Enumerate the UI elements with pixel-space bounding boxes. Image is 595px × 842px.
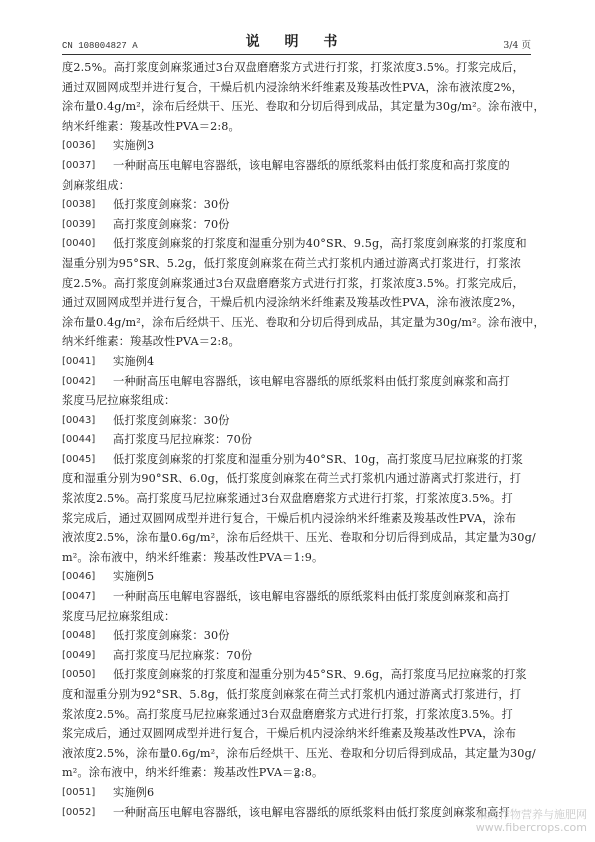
page-number: 5 bbox=[294, 770, 300, 781]
numbered-paragraph: [0049]高打浆度马尼拉麻浆：70份 bbox=[62, 646, 534, 666]
text-line: 一种耐高压电解电容器纸，该电解电容器纸的原纸浆料由低打浆度和高打浆度的 bbox=[62, 156, 534, 176]
text-line: 纳米纤维素：羧基改性PVA＝2:8。 bbox=[62, 117, 534, 137]
text-line: 浆完成后，通过双圆网成型并进行复合，干燥后机内浸涂纳米纤维素及羧基改性PVA，涂… bbox=[62, 509, 534, 529]
numbered-paragraph: [0036]实施例3 bbox=[62, 136, 534, 156]
text-line: 低打浆度剑麻浆：30份 bbox=[62, 411, 534, 431]
text-line: 湿重分别为95°SR、5.2g，低打浆度剑麻浆在荷兰式打浆机内通过游离式打浆进行… bbox=[62, 254, 534, 274]
text-line: 涂布量0.4g/m²，涂布后经烘干、压光、卷取和分切后得到成品，其定量为30g/… bbox=[62, 313, 534, 333]
text-line: 浆浓度2.5%。高打浆度马尼拉麻浆通过3台双盘磨磨浆方式进行打浆，打浆浓度3.5… bbox=[62, 489, 534, 509]
paragraph-number: [0036] bbox=[62, 136, 95, 156]
text-line: m²。涂布液中，纳米纤维素：羧基改性PVA＝1:9。 bbox=[62, 548, 534, 568]
paragraph-number: [0038] bbox=[62, 195, 95, 215]
text-line: 低打浆度剑麻浆的打浆度和湿重分别为40°SR、10g，高打浆度马尼拉麻浆的打浆 bbox=[62, 450, 534, 470]
text-line: 度和湿重分别为90°SR、6.0g，低打浆度剑麻浆在荷兰式打浆机内通过游离式打浆… bbox=[62, 469, 534, 489]
text-line: 液浓度2.5%，涂布量0.6g/m²，涂布后经烘干、压光、卷取和分切后得到成品，… bbox=[62, 528, 534, 548]
numbered-paragraph: [0044]高打浆度马尼拉麻浆：70份 bbox=[62, 430, 534, 450]
text-line: 实施例5 bbox=[62, 567, 534, 587]
numbered-paragraph: [0040]低打浆度剑麻浆的打浆度和湿重分别为40°SR、9.5g，高打浆度剑麻… bbox=[62, 234, 534, 352]
paragraph-number: [0040] bbox=[62, 234, 95, 254]
document-title: 说 明 书 bbox=[62, 31, 531, 51]
paragraph-number: [0041] bbox=[62, 352, 95, 372]
paragraph-number: [0042] bbox=[62, 372, 95, 392]
text-line: 高打浆度马尼拉麻浆：70份 bbox=[62, 430, 534, 450]
watermark: 麻类作物营养与施肥网 www.fibercrops.com bbox=[476, 808, 587, 834]
text-line: 浆浓度2.5%。高打浆度马尼拉麻浆通过3台双盘磨磨浆方式进行打浆，打浆浓度3.5… bbox=[62, 705, 534, 725]
numbered-paragraph: [0048]低打浆度剑麻浆：30份 bbox=[62, 626, 534, 646]
numbered-paragraph: [0046]实施例5 bbox=[62, 567, 534, 587]
text-line: 实施例6 bbox=[62, 783, 534, 803]
text-line: 实施例3 bbox=[62, 136, 534, 156]
watermark-url: www.fibercrops.com bbox=[476, 821, 587, 834]
text-line: 度和湿重分别为92°SR、5.8g，低打浆度剑麻浆在荷兰式打浆机内通过游离式打浆… bbox=[62, 685, 534, 705]
text-line: 浆度马尼拉麻浆组成： bbox=[62, 607, 534, 627]
text-line: 一种耐高压电解电容器纸，该电解电容器纸的原纸浆料由低打浆度剑麻浆和高打 bbox=[62, 803, 534, 823]
text-line: 高打浆度剑麻浆：70份 bbox=[62, 215, 534, 235]
text-line: 液浓度2.5%，涂布量0.6g/m²，涂布后经烘干、压光、卷取和分切后得到成品，… bbox=[62, 744, 534, 764]
text-line: 高打浆度马尼拉麻浆：70份 bbox=[62, 646, 534, 666]
text-line: 低打浆度剑麻浆的打浆度和湿重分别为40°SR、9.5g，高打浆度剑麻浆的打浆度和 bbox=[62, 234, 534, 254]
page-header: CN 108004827 A 说 明 书 3/4 页 bbox=[62, 32, 531, 55]
paragraph-number: [0045] bbox=[62, 450, 95, 470]
numbered-paragraph: [0037]一种耐高压电解电容器纸，该电解电容器纸的原纸浆料由低打浆度和高打浆度… bbox=[62, 156, 534, 195]
text-line: 度2.5%。高打浆度剑麻浆通过3台双盘磨磨浆方式进行打浆，打浆浓度3.5%。打浆… bbox=[62, 58, 534, 78]
paragraph-number: [0037] bbox=[62, 156, 95, 176]
text-line: 一种耐高压电解电容器纸，该电解电容器纸的原纸浆料由低打浆度剑麻浆和高打 bbox=[62, 587, 534, 607]
page-fraction: 3/4 页 bbox=[503, 37, 531, 51]
text-line: 通过双圆网成型并进行复合，干燥后机内浸涂纳米纤维素及羧基改性PVA，涂布液浓度2… bbox=[62, 293, 534, 313]
text-line: 剑麻浆组成： bbox=[62, 176, 534, 196]
text-line: 实施例4 bbox=[62, 352, 534, 372]
paragraph-number: [0046] bbox=[62, 567, 95, 587]
text-line: 度2.5%。高打浆度剑麻浆通过3台双盘磨磨浆方式进行打浆，打浆浓度3.5%。打浆… bbox=[62, 274, 534, 294]
text-line: 一种耐高压电解电容器纸，该电解电容器纸的原纸浆料由低打浆度剑麻浆和高打 bbox=[62, 372, 534, 392]
numbered-paragraph: [0052]一种耐高压电解电容器纸，该电解电容器纸的原纸浆料由低打浆度剑麻浆和高… bbox=[62, 803, 534, 823]
numbered-paragraph: [0038]低打浆度剑麻浆：30份 bbox=[62, 195, 534, 215]
numbered-paragraph: [0039]高打浆度剑麻浆：70份 bbox=[62, 215, 534, 235]
text-line: 通过双圆网成型并进行复合，干燥后机内浸涂纳米纤维素及羧基改性PVA，涂布液浓度2… bbox=[62, 78, 534, 98]
paragraph-number: [0051] bbox=[62, 783, 95, 803]
paragraph-number: [0043] bbox=[62, 411, 95, 431]
document-body: 度2.5%。高打浆度剑麻浆通过3台双盘磨磨浆方式进行打浆，打浆浓度3.5%。打浆… bbox=[62, 58, 534, 822]
paragraph-number: [0049] bbox=[62, 646, 95, 666]
paragraph-number: [0047] bbox=[62, 587, 95, 607]
numbered-paragraph: [0041]实施例4 bbox=[62, 352, 534, 372]
text-line: 浆度马尼拉麻浆组成： bbox=[62, 391, 534, 411]
numbered-paragraph: [0047]一种耐高压电解电容器纸，该电解电容器纸的原纸浆料由低打浆度剑麻浆和高… bbox=[62, 587, 534, 626]
text-line: 纳米纤维素：羧基改性PVA＝2:8。 bbox=[62, 332, 534, 352]
numbered-paragraph: [0051]实施例6 bbox=[62, 783, 534, 803]
text-line: 涂布量0.4g/m²，涂布后经烘干、压光、卷取和分切后得到成品，其定量为30g/… bbox=[62, 97, 534, 117]
numbered-paragraph: [0042]一种耐高压电解电容器纸，该电解电容器纸的原纸浆料由低打浆度剑麻浆和高… bbox=[62, 372, 534, 411]
paragraph-number: [0050] bbox=[62, 665, 95, 685]
text-line: 低打浆度剑麻浆：30份 bbox=[62, 195, 534, 215]
text-line: 浆完成后，通过双圆网成型并进行复合，干燥后机内浸涂纳米纤维素及羧基改性PVA，涂… bbox=[62, 724, 534, 744]
text-line: 低打浆度剑麻浆：30份 bbox=[62, 626, 534, 646]
paragraph-number: [0048] bbox=[62, 626, 95, 646]
paragraph-number: [0039] bbox=[62, 215, 95, 235]
text-line: 低打浆度剑麻浆的打浆度和湿重分别为45°SR、9.6g，高打浆度马尼拉麻浆的打浆 bbox=[62, 665, 534, 685]
watermark-site-name: 麻类作物营养与施肥网 bbox=[476, 808, 587, 821]
paragraph-number: [0052] bbox=[62, 803, 95, 823]
paragraph-number: [0044] bbox=[62, 430, 95, 450]
numbered-paragraph: [0043]低打浆度剑麻浆：30份 bbox=[62, 411, 534, 431]
numbered-paragraph: [0045]低打浆度剑麻浆的打浆度和湿重分别为40°SR、10g，高打浆度马尼拉… bbox=[62, 450, 534, 568]
numbered-paragraph: [0050]低打浆度剑麻浆的打浆度和湿重分别为45°SR、9.6g，高打浆度马尼… bbox=[62, 665, 534, 783]
continuation-paragraph: 度2.5%。高打浆度剑麻浆通过3台双盘磨磨浆方式进行打浆，打浆浓度3.5%。打浆… bbox=[62, 58, 534, 136]
